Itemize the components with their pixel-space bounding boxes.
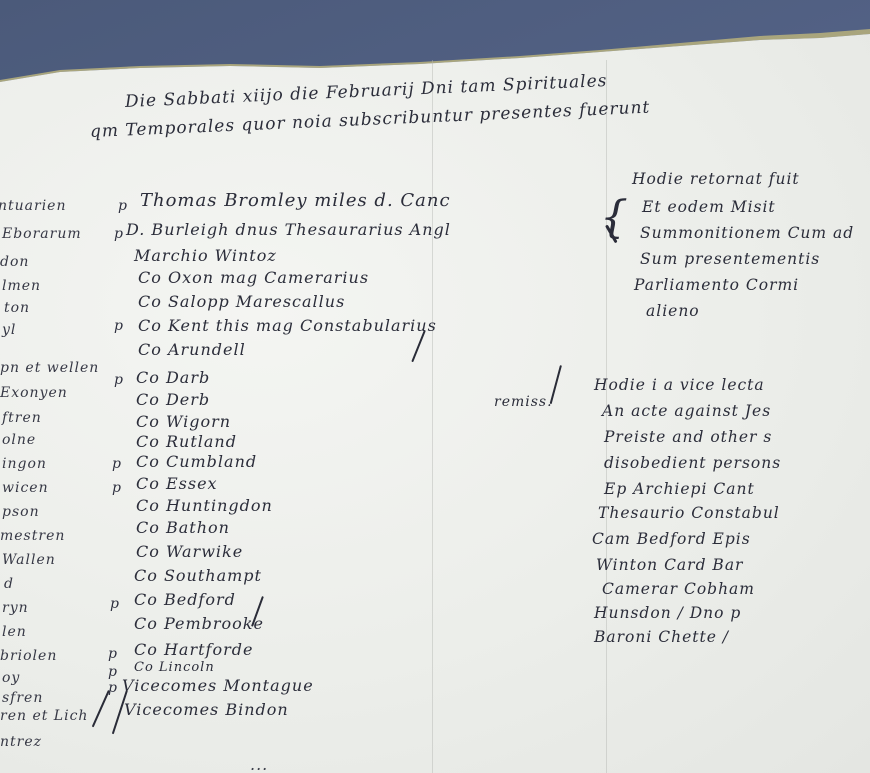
bottom-cutoff-text: ... <box>250 755 268 773</box>
margin-fragment: oy <box>2 670 20 686</box>
list-item: Co Wigorn <box>136 412 231 431</box>
list-item: Co Southampt <box>134 566 262 585</box>
presence-mark: p <box>114 226 124 242</box>
note-line: Winton Card Bar <box>596 556 743 574</box>
presence-mark: p <box>108 680 118 696</box>
margin-fragment: mestren <box>0 528 65 544</box>
note-line: Hodie retornat fuit <box>632 170 800 188</box>
margin-fragment: olne <box>2 432 36 448</box>
note-line: Hodie i a vice lecta <box>594 376 765 394</box>
note-line: alieno <box>646 302 700 320</box>
presence-mark: p <box>110 596 120 612</box>
presence-mark: p <box>112 456 122 472</box>
note-line: Parliamento Cormi <box>634 276 799 294</box>
list-item: Marchio Wintoz <box>134 246 277 265</box>
list-item: Co Bedford <box>134 590 236 609</box>
list-item: Co Warwike <box>136 542 243 561</box>
list-item: Co Hartforde <box>134 640 253 659</box>
margin-fragment: d <box>4 576 14 592</box>
list-item: Co Rutland <box>136 432 237 451</box>
margin-fragment: wicen <box>2 480 49 496</box>
note-line: Camerar Cobham <box>602 580 755 598</box>
presence-mark: p <box>114 318 124 334</box>
list-item: Co Lincoln <box>134 660 215 675</box>
list-item: Co Derb <box>136 390 210 409</box>
note-line: Hunsdon / Dno p <box>594 604 741 622</box>
margin-fragment: lmen <box>2 278 41 294</box>
margin-fragment: ingon <box>2 456 47 472</box>
list-item: D. Burleigh dnus Thesaurarius Angl <box>126 220 451 239</box>
margin-fragment: briolen <box>0 648 57 664</box>
note-line: Sum presentementis <box>640 250 820 268</box>
margin-fragment: ntrez <box>0 734 42 750</box>
margin-fragment: Wallen <box>2 552 56 568</box>
remissio-label: remiss. <box>494 394 553 410</box>
bracket-mark: { <box>600 192 628 243</box>
margin-fragment: ren et Lich <box>0 708 88 724</box>
note-line: Preiste and other s <box>604 428 772 446</box>
list-item: Co Darb <box>136 368 210 387</box>
margin-fragment: pn et wellen <box>0 360 99 376</box>
margin-fragment: ftren <box>2 410 42 426</box>
list-item: Co Oxon mag Camerarius <box>138 268 369 287</box>
paper-fold-line <box>432 60 433 773</box>
list-item: Co Essex <box>136 474 218 493</box>
list-item: Co Huntingdon <box>136 496 273 515</box>
margin-fragment: ntuarien <box>0 198 66 214</box>
list-item: Co Pembrooke <box>134 614 264 633</box>
presence-mark: p <box>108 646 118 662</box>
presence-mark: p <box>112 480 122 496</box>
note-line: Et eodem Misit <box>642 198 776 216</box>
list-item: Thomas Bromley miles d. Canc <box>140 190 451 211</box>
list-item: Co Bathon <box>136 518 230 537</box>
list-item: Co Salopp Marescallus <box>138 292 345 311</box>
list-item: Co Kent this mag Constabularius <box>138 316 437 335</box>
note-line: disobedient persons <box>604 454 781 472</box>
margin-fragment: Eborarum <box>2 226 82 242</box>
note-line: Thesaurio Constabul <box>598 504 780 522</box>
margin-fragment: yl <box>2 322 16 338</box>
margin-fragment: pson <box>2 504 40 520</box>
margin-fragment: sfren <box>2 690 43 706</box>
note-line: Cam Bedford Epis <box>592 530 751 548</box>
list-item: Vicecomes Montague <box>122 676 314 695</box>
margin-fragment: Exonyen <box>0 385 68 401</box>
margin-fragment: ton <box>4 300 30 316</box>
presence-mark: p <box>118 198 128 214</box>
margin-fragment: ryn <box>2 600 29 616</box>
presence-mark: p <box>114 372 124 388</box>
note-line: Ep Archiepi Cant <box>604 480 755 498</box>
note-line: An acte against Jes <box>602 402 771 420</box>
list-item: Co Arundell <box>138 340 246 359</box>
note-line: Summonitionem Cum ad <box>640 224 854 242</box>
list-item: Vicecomes Bindon <box>124 700 289 719</box>
presence-mark: p <box>108 664 118 680</box>
note-line: Baroni Chette / <box>594 628 729 646</box>
margin-fragment: len <box>2 624 27 640</box>
margin-fragment: don <box>0 254 29 270</box>
list-item: Co Cumbland <box>136 452 257 471</box>
